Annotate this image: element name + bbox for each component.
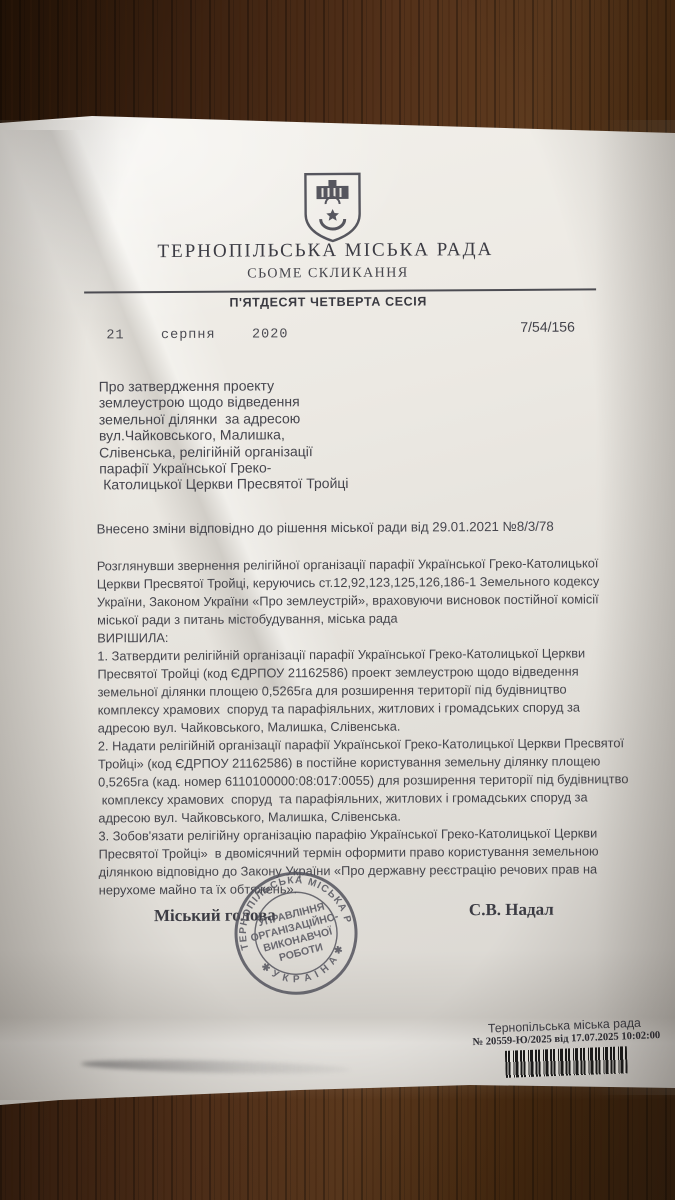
resolution-body: Розглянувши звернення релігійної організ… (97, 554, 629, 899)
council-name: ТЕРНОПІЛЬСЬКА МІСЬКА РАДА (0, 238, 653, 264)
registration-barcode-icon (504, 1046, 627, 1078)
ternopil-coat-of-arms-icon (299, 170, 365, 244)
pencil-smudge (81, 1058, 351, 1076)
resolution-item-2: 2. Надати релігійній організації парафії… (98, 734, 629, 827)
resolution-item-3: 3. Зобов'язати релігійну організацію пар… (98, 824, 629, 899)
amendment-note: Внесено зміни відповідно до рішення місь… (97, 519, 554, 537)
photo-of-document: ТЕРНОПІЛЬСЬКА МІСЬКА РАДА СЬОМЕ СКЛИКАНН… (0, 0, 675, 1200)
document-date: 21 серпня 2020 (106, 327, 288, 343)
preamble-paragraph: Розглянувши звернення релігійної організ… (97, 554, 628, 629)
document-content: ТЕРНОПІЛЬСЬКА МІСЬКА РАДА СЬОМЕ СКЛИКАНН… (0, 0, 675, 1200)
resolution-item-1: 1. Затвердити релігійній організації пар… (97, 644, 628, 737)
document-number: 7/54/156 (520, 319, 575, 335)
registration-block: Тернопільська міська рада № 20559-Ю/2025… (472, 1015, 659, 1079)
convocation-line: СЬОМЕ СКЛИКАННЯ (0, 264, 658, 284)
signature-name: С.В. Надал (469, 900, 554, 921)
header-divider (84, 288, 596, 293)
subject-block: Про затвердження проекту землеустрою щод… (99, 377, 349, 493)
session-title: П'ЯТДЕСЯТ ЧЕТВЕРТА СЕСІЯ (0, 293, 658, 311)
